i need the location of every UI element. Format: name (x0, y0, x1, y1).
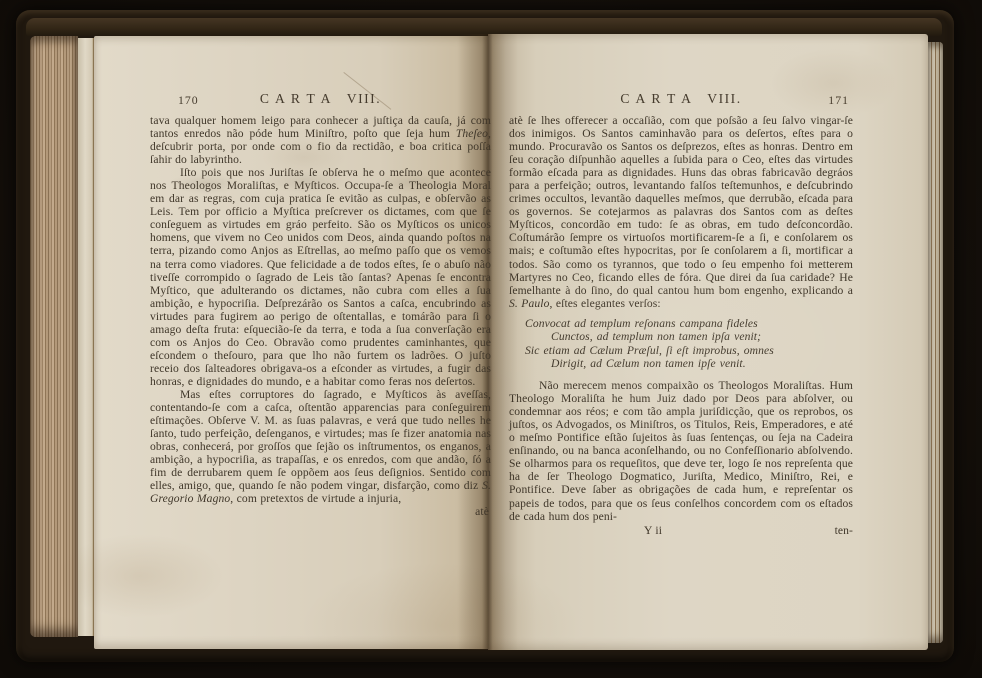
left-page-edge-strip (78, 38, 94, 636)
left-page-stack-edge (30, 36, 78, 637)
right-page-folio: 171 (828, 94, 849, 107)
right-page-stack-edge (928, 42, 943, 643)
right-paragraph-1: atè ſe lhes offerecer a occaſião, com qu… (509, 114, 853, 310)
left-paragraph-1: tava qualquer homem leigo para conhecer … (150, 114, 491, 166)
left-catchword: atè (150, 505, 491, 518)
right-page-header: C A R T A VIII. 171 (509, 92, 853, 111)
verse-line-3: Sic etiam ad Cælum Præſul, ſi eſt improb… (525, 344, 853, 358)
right-running-title: C A R T A VIII. (620, 92, 741, 105)
left-page-text-column: 170 C A R T A VIII. tava qualquer homem … (150, 92, 491, 518)
left-page-folio: 170 (178, 94, 199, 107)
left-paragraph-3: Mas eſtes corruptores do ſagrado, e Myſt… (150, 388, 491, 505)
right-paragraph-2: Não merecem menos compaixão os Theologos… (509, 379, 853, 523)
left-running-title: C A R T A VIII. (260, 92, 381, 105)
latin-verse: Convocat ad templum reſonans campana fid… (525, 317, 853, 371)
left-paragraph-2: Iſto pois que nos Juriſtas ſe obſerva he… (150, 166, 491, 388)
signature-mark: Y ii (481, 524, 825, 537)
right-page-footer: Y ii ten- (509, 524, 853, 538)
verse-line-2: Cunctos, ad templum non tamen ipſa venit… (525, 330, 853, 344)
verse-line-4: Dirigit, ad Cælum non tamen ipſe venit. (525, 357, 853, 371)
book-scan: 170 C A R T A VIII. tava qualquer homem … (0, 0, 982, 678)
verse-line-1: Convocat ad templum reſonans campana fid… (525, 317, 853, 331)
right-catchword: ten- (835, 524, 853, 537)
right-page-text-column: C A R T A VIII. 171 atè ſe lhes offerece… (509, 92, 853, 538)
left-page-header: 170 C A R T A VIII. (150, 92, 491, 111)
